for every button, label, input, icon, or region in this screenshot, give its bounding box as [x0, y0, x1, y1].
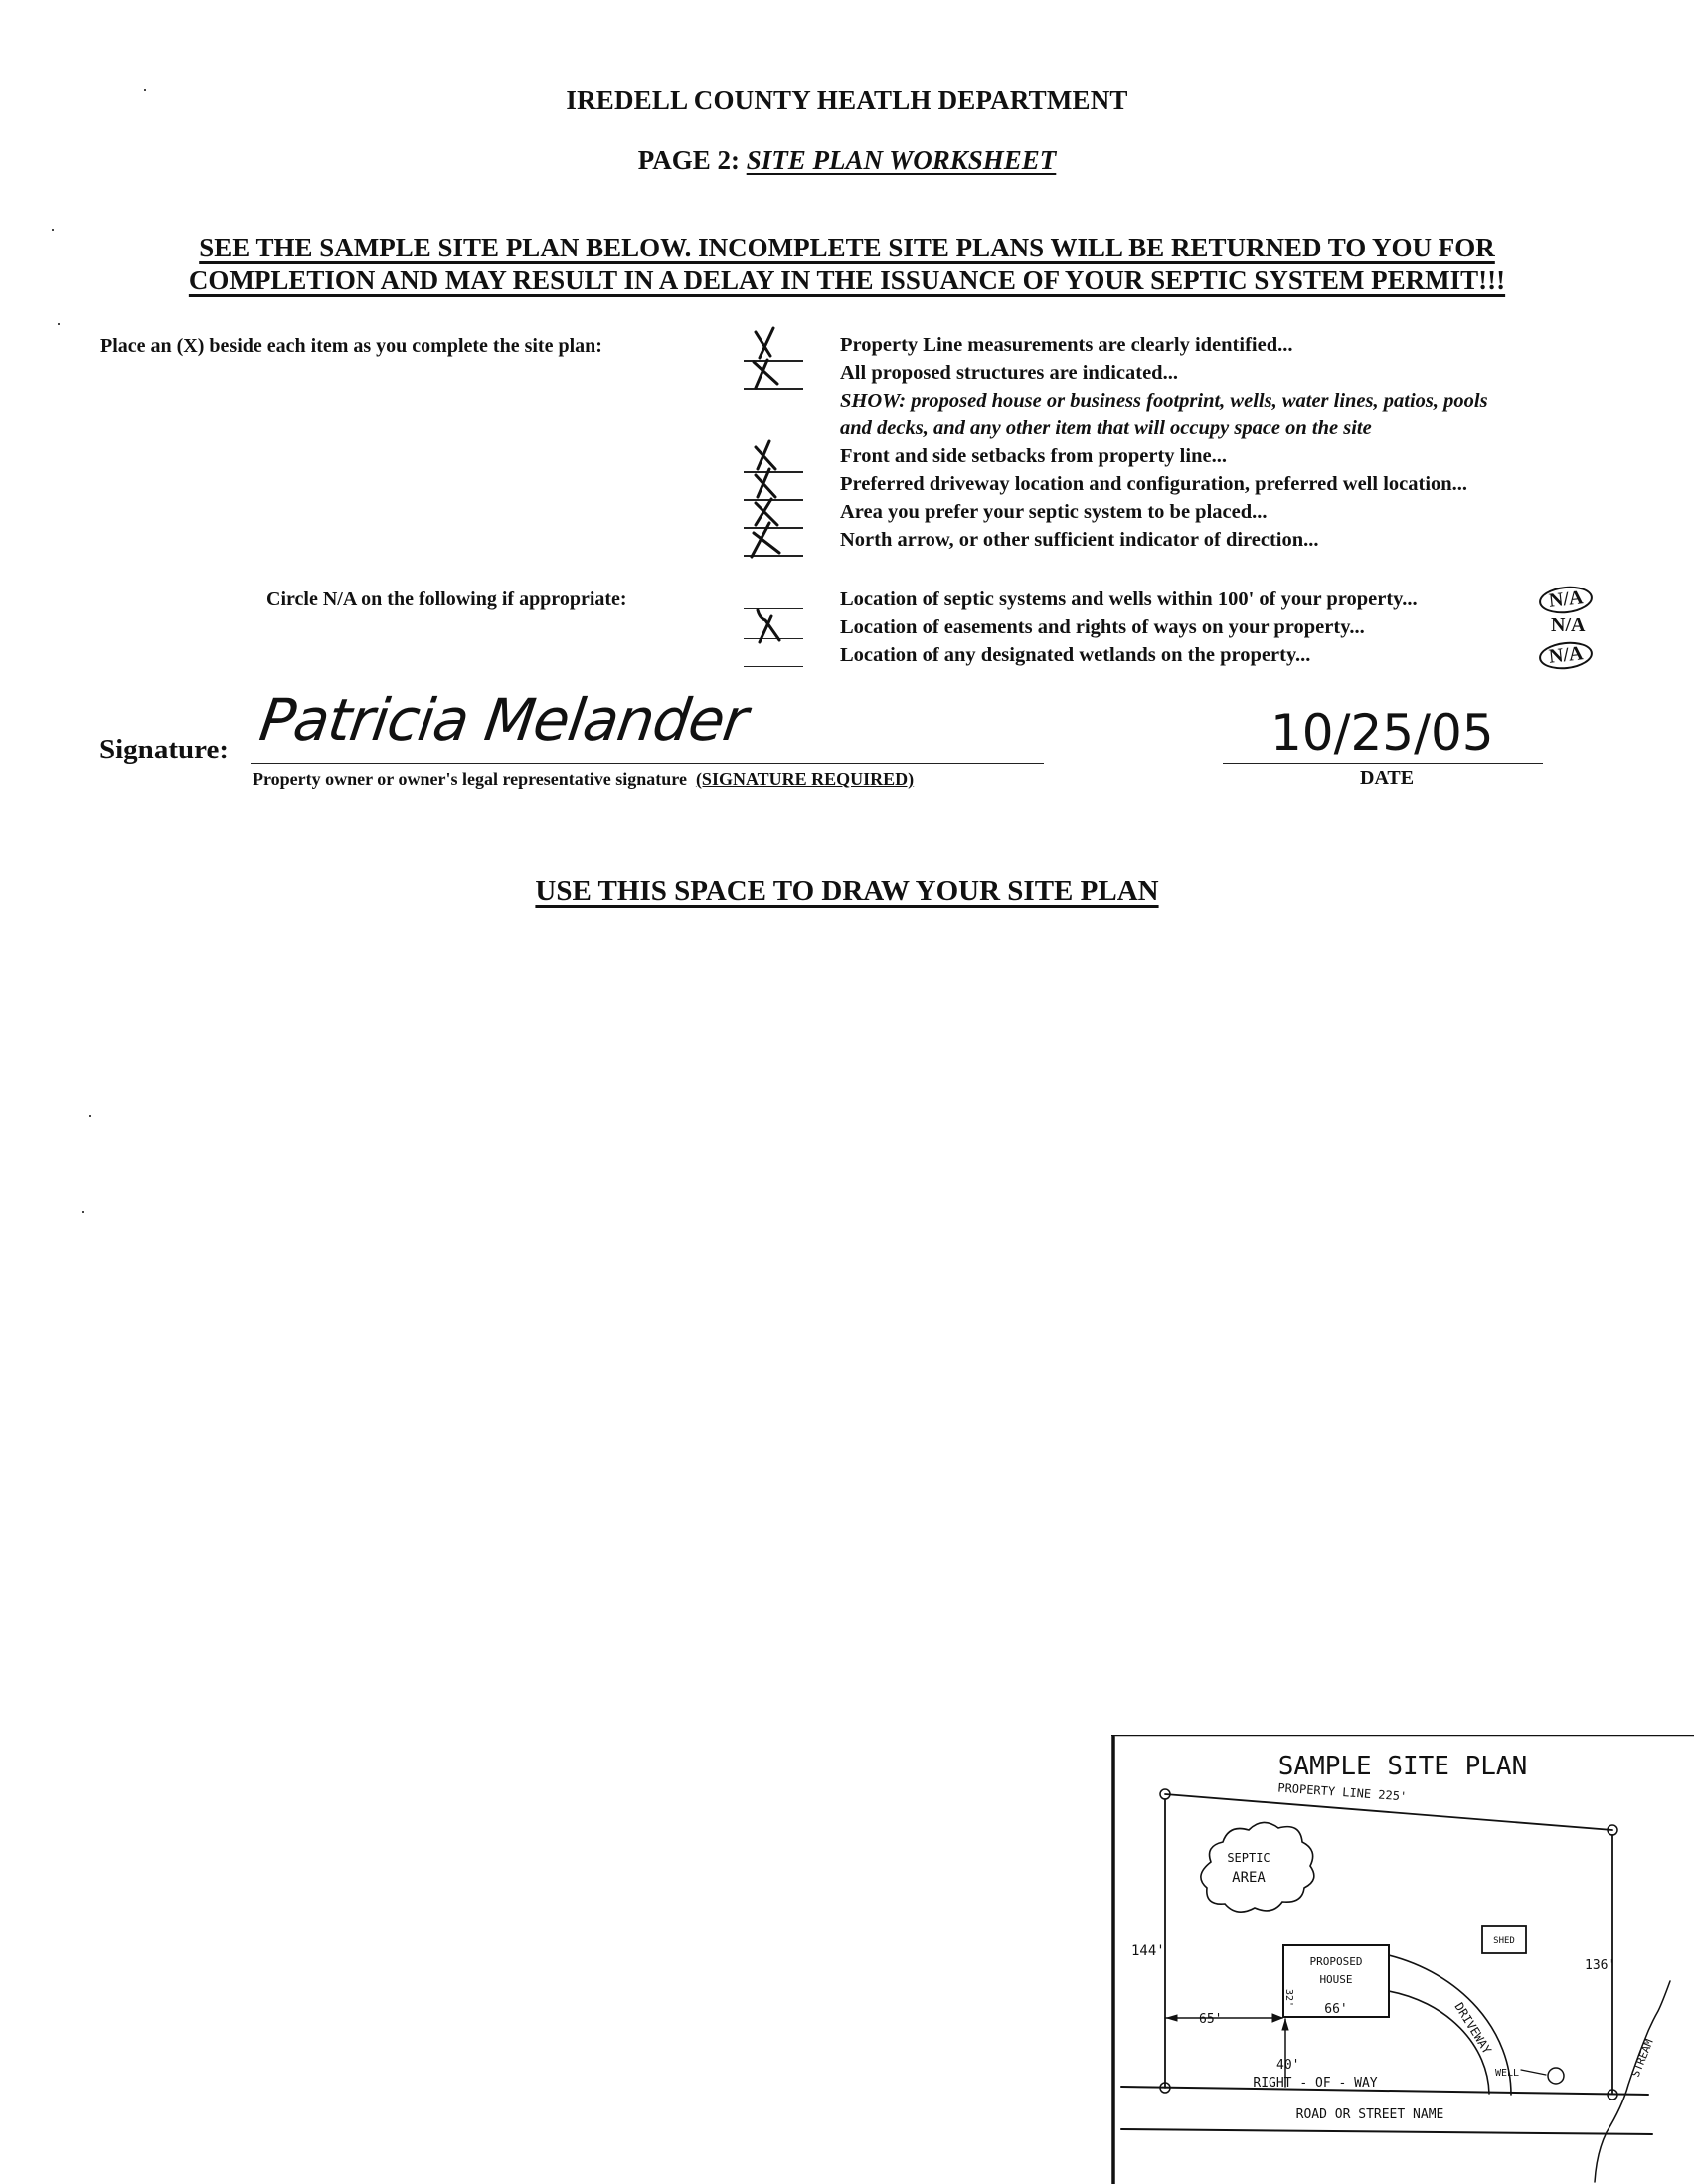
svg-text:SHED: SHED — [1493, 1936, 1515, 1946]
svg-text:ROAD OR STREET NAME: ROAD OR STREET NAME — [1296, 2107, 1444, 2122]
svg-text:STREAM: STREAM — [1629, 2037, 1656, 2079]
page-title: SITE PLAN WORKSHEET — [747, 145, 1057, 175]
na-circled-label: N/A — [1538, 584, 1595, 616]
warning-line-2: COMPLETION AND MAY RESULT IN A DELAY IN … — [0, 265, 1694, 296]
svg-text:40': 40' — [1276, 2058, 1299, 2073]
handwritten-date: 10/25/05 — [1270, 704, 1494, 761]
svg-text:WELL: WELL — [1495, 2068, 1519, 2079]
sample-plan-title: SAMPLE SITE PLAN — [1278, 1752, 1527, 1781]
svg-text:SEPTIC: SEPTIC — [1227, 1851, 1270, 1865]
checklist-item-driveway-well: Preferred driveway location and configur… — [840, 473, 1467, 496]
na-option-nearby-septic-wells[interactable]: N/A — [1539, 587, 1593, 613]
checklist-item-setbacks: Front and side setbacks from property li… — [840, 445, 1227, 468]
na-option-wetlands[interactable]: N/A — [1539, 642, 1593, 669]
show-note-line-1: SHOW: proposed house or business footpri… — [840, 390, 1488, 413]
x-mark-icon — [758, 610, 779, 642]
svg-text:HOUSE: HOUSE — [1319, 1973, 1352, 1986]
handwritten-check-marks — [736, 320, 815, 569]
scan-speck — [82, 1211, 84, 1213]
svg-text:RIGHT - OF - WAY: RIGHT - OF - WAY — [1253, 2076, 1377, 2091]
svg-text:32': 32' — [1283, 1989, 1294, 2007]
signature-line[interactable] — [251, 763, 1044, 764]
na-item-nearby-septic-wells: Location of septic systems and wells wit… — [840, 588, 1418, 611]
page-number: PAGE 2: — [638, 145, 740, 175]
signature-caption: Property owner or owner's legal represen… — [253, 769, 914, 790]
scan-speck — [52, 229, 54, 231]
sample-site-plan: SAMPLE SITE PLAN PROPERTY LINE 225' SEPT… — [1111, 1735, 1694, 2184]
drawing-area-title: USE THIS SPACE TO DRAW YOUR SITE PLAN — [0, 875, 1694, 908]
sample-site-plan-drawing: SAMPLE SITE PLAN PROPERTY LINE 225' SEPT… — [1111, 1735, 1694, 2184]
svg-text:65': 65' — [1199, 2012, 1222, 2027]
site-plan-drawing-area[interactable] — [80, 934, 1610, 1730]
na-instruction: Circle N/A on the following if appropria… — [266, 588, 627, 611]
x-mark-icon — [752, 523, 779, 557]
na-circled-label: N/A — [1538, 639, 1595, 672]
checklist-item-septic-area: Area you prefer your septic system to be… — [840, 501, 1268, 524]
checklist-item-north-arrow: North arrow, or other sufficient indicat… — [840, 529, 1319, 552]
department-title: IREDELL COUNTY HEATLH DEPARTMENT — [0, 85, 1694, 116]
svg-text:136': 136' — [1585, 1958, 1615, 1973]
page-heading: PAGE 2: SITE PLAN WORKSHEET — [0, 145, 1694, 176]
na-item-easements: Location of easements and rights of ways… — [840, 616, 1365, 639]
signature-required-note: (SIGNATURE REQUIRED) — [696, 769, 914, 789]
checklist-item-structures: All proposed structures are indicated... — [840, 362, 1178, 385]
handwritten-signature: Patricia Melander — [255, 686, 751, 754]
signature-label: Signature: — [99, 734, 229, 766]
show-note-line-2: and decks, and any other item that will … — [840, 418, 1372, 440]
checklist-instruction: Place an (X) beside each item as you com… — [100, 335, 602, 358]
na-option-easements[interactable]: N/A — [1551, 614, 1585, 637]
x-mark-icon — [754, 360, 777, 388]
x-mark-icon — [756, 499, 777, 525]
checkbox-line-wetlands[interactable] — [744, 666, 803, 667]
date-line[interactable] — [1223, 763, 1543, 764]
checklist-item-property-line: Property Line measurements are clearly i… — [840, 334, 1292, 357]
x-mark-icon — [756, 441, 775, 469]
svg-text:PROPOSED: PROPOSED — [1310, 1955, 1363, 1968]
x-mark-icon — [756, 469, 775, 497]
date-label: DATE — [1360, 767, 1414, 790]
x-mark-icon — [756, 328, 773, 358]
handwritten-check-mark-easements — [736, 606, 815, 646]
scan-speck — [58, 323, 60, 325]
na-item-wetlands: Location of any designated wetlands on t… — [840, 644, 1310, 667]
signature-caption-text: Property owner or owner's legal represen… — [253, 769, 687, 789]
warning-line-1: SEE THE SAMPLE SITE PLAN BELOW. INCOMPLE… — [0, 233, 1694, 263]
svg-text:66': 66' — [1324, 2002, 1347, 2017]
scan-speck — [89, 1115, 91, 1117]
svg-text:DRIVEWAY: DRIVEWAY — [1451, 2000, 1494, 2057]
svg-text:144': 144' — [1131, 1943, 1165, 1959]
svg-text:AREA: AREA — [1232, 1870, 1266, 1886]
svg-text:PROPERTY LINE 225': PROPERTY LINE 225' — [1277, 1780, 1408, 1803]
scan-speck — [144, 89, 146, 91]
